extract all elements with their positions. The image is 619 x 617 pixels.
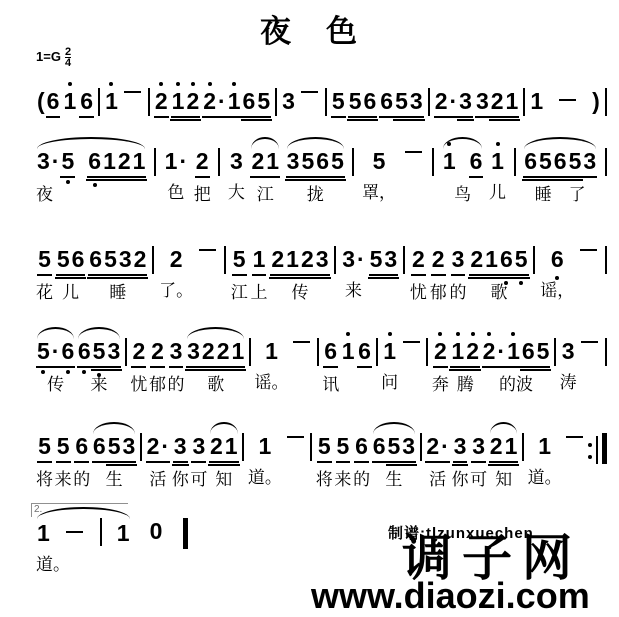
note: 3 bbox=[315, 246, 330, 276]
note-group bbox=[531, 246, 537, 274]
note: 6 bbox=[379, 88, 394, 118]
thick-barline bbox=[602, 433, 607, 464]
lyric: 罩， bbox=[362, 183, 396, 203]
measure-cell bbox=[577, 234, 600, 291]
note: 5 bbox=[232, 246, 247, 276]
lyric: 传 bbox=[47, 375, 64, 395]
note: 3 bbox=[281, 88, 296, 116]
repeat-sign bbox=[588, 433, 609, 464]
lyric: 来 bbox=[334, 470, 351, 490]
note: 2 bbox=[434, 88, 449, 118]
note-group: 2 bbox=[131, 338, 146, 368]
note: 5 bbox=[336, 433, 351, 463]
note: 6 bbox=[87, 148, 102, 178]
barline bbox=[125, 338, 127, 366]
measure-cell bbox=[121, 76, 144, 133]
note: 2 bbox=[431, 246, 446, 276]
measure-cell: 1道。 bbox=[528, 421, 562, 488]
measure-cell: 6的 bbox=[73, 421, 90, 490]
note: 5 bbox=[536, 338, 551, 368]
note: 2 bbox=[490, 88, 505, 118]
measure-cell: 1 bbox=[62, 76, 77, 143]
barline bbox=[140, 433, 142, 461]
note: 1 bbox=[257, 433, 272, 461]
measure-cell bbox=[350, 136, 356, 203]
note: 2 bbox=[133, 246, 148, 276]
measure-cell bbox=[284, 421, 307, 478]
note-group: 5 bbox=[336, 433, 351, 463]
measure-cell: 5·6传 bbox=[36, 326, 75, 395]
measure-cell bbox=[150, 234, 156, 301]
note-group: 5 bbox=[37, 246, 52, 276]
measure-cell: 653来 bbox=[77, 326, 121, 395]
measure-cell: 3你 bbox=[451, 421, 468, 490]
note-group: 653 bbox=[372, 433, 416, 463]
note: 2 bbox=[201, 338, 216, 368]
measure-cell: 21知 bbox=[489, 421, 519, 490]
measure-cell: 53 bbox=[369, 234, 399, 303]
lyric: 奔 bbox=[432, 375, 449, 395]
octave-dot-low bbox=[66, 180, 70, 184]
note: 6 bbox=[550, 246, 565, 274]
note: 5 bbox=[56, 433, 71, 463]
note: 2 bbox=[270, 246, 285, 276]
note-group: 3 bbox=[451, 246, 466, 276]
barline bbox=[605, 148, 607, 176]
lyric: 活 bbox=[429, 470, 446, 490]
note-group bbox=[123, 338, 129, 366]
note: 1 bbox=[504, 433, 519, 463]
note: 5 bbox=[394, 88, 409, 118]
measure-cell bbox=[240, 421, 246, 488]
note-group bbox=[323, 88, 329, 116]
barline bbox=[325, 88, 327, 116]
measure-cell bbox=[247, 326, 253, 393]
measure-cell: 3可 bbox=[190, 421, 207, 490]
lyric: 的 bbox=[73, 470, 90, 490]
music-line: (61612122·16535566532·33211) bbox=[36, 76, 609, 145]
note-group: 2 bbox=[433, 338, 448, 368]
note: 3 bbox=[451, 246, 466, 276]
barline bbox=[403, 246, 405, 274]
measure-cell: 2·165的波 bbox=[482, 326, 551, 395]
barline bbox=[242, 433, 244, 461]
note-group: 653 bbox=[92, 433, 136, 463]
measure-cell: 6的 bbox=[353, 421, 370, 490]
note: 6 bbox=[92, 433, 107, 463]
note: 5 bbox=[56, 246, 71, 276]
lyric: 问 bbox=[381, 373, 398, 393]
note: 6 bbox=[469, 148, 484, 178]
note-group: 2·165 bbox=[482, 338, 551, 368]
note: 1 bbox=[484, 246, 499, 276]
barline bbox=[154, 148, 156, 176]
lyric: 睡 了 bbox=[535, 185, 586, 205]
measure-cell: 3的 bbox=[450, 234, 467, 303]
measure-cell: 5来 bbox=[55, 421, 72, 490]
measure-cell bbox=[603, 234, 609, 301]
note: 1 bbox=[265, 148, 280, 178]
note: 3 bbox=[383, 246, 398, 276]
measure-cell: 12腾 bbox=[450, 326, 480, 395]
note: 6 bbox=[372, 433, 387, 463]
note-group: 6532 bbox=[88, 246, 147, 276]
note-group: 2 bbox=[195, 148, 210, 178]
note-group: 3 bbox=[229, 148, 244, 176]
note: 1 bbox=[490, 148, 505, 176]
lyric: 将 bbox=[316, 470, 333, 490]
note: 1 bbox=[537, 433, 552, 461]
note: 3 bbox=[582, 148, 597, 178]
octave-dot-high bbox=[471, 332, 475, 336]
lyric: 了。 bbox=[159, 281, 193, 301]
measure-cell: (6 bbox=[36, 76, 60, 145]
note: 2 bbox=[250, 148, 265, 178]
note: 1 bbox=[36, 520, 51, 548]
note-group: 1 bbox=[252, 246, 267, 276]
octave-dot-high bbox=[68, 82, 72, 86]
note: 5 bbox=[538, 148, 553, 178]
lyric: 活 bbox=[149, 470, 166, 490]
note: 6 bbox=[521, 338, 536, 368]
lyric: 道。 bbox=[36, 555, 70, 575]
lyric: 生 bbox=[106, 470, 123, 490]
measure-cell bbox=[603, 76, 609, 143]
measure-cell: 11道。 bbox=[36, 506, 131, 575]
lyric: 谣。 bbox=[254, 373, 288, 393]
octave-dot-low bbox=[66, 370, 70, 374]
note: 5 bbox=[514, 246, 529, 276]
note-group bbox=[181, 518, 190, 549]
octave-dot-high bbox=[388, 332, 392, 336]
note: 3 bbox=[453, 433, 468, 463]
note-group: 5 bbox=[372, 148, 387, 176]
duration-dash bbox=[293, 341, 310, 343]
lyric: 你 bbox=[172, 470, 189, 490]
lyric: 的 bbox=[450, 283, 467, 303]
lyric: 夜 bbox=[36, 185, 53, 205]
duration-dash bbox=[287, 436, 304, 438]
measure-cell bbox=[578, 326, 601, 383]
lyric: 儿 bbox=[62, 283, 79, 303]
note: ) bbox=[591, 88, 601, 116]
lyric: 来 bbox=[55, 470, 72, 490]
note-group: 2· bbox=[425, 433, 449, 463]
note-group: 65653 bbox=[523, 148, 597, 178]
measure-cell: 2·3 bbox=[434, 76, 473, 145]
measure-cell: 3·56121夜 bbox=[36, 136, 146, 205]
note-group bbox=[196, 246, 219, 264]
measure-cell bbox=[418, 421, 424, 488]
measure-cell bbox=[521, 76, 527, 143]
note: 1 bbox=[252, 246, 267, 276]
repeat-dots bbox=[588, 441, 594, 461]
note-group: 5 bbox=[317, 433, 332, 463]
note-group: 1 bbox=[62, 88, 77, 116]
note-group: 53 bbox=[369, 246, 399, 276]
note-group bbox=[512, 148, 518, 176]
note: 6 bbox=[363, 88, 378, 118]
measure-cell: 3 bbox=[281, 76, 296, 143]
note: 2 bbox=[489, 433, 504, 463]
barline bbox=[100, 518, 102, 546]
measure-cell: 2·165 bbox=[202, 76, 271, 145]
note: 2 bbox=[433, 338, 448, 368]
measure-cell: 1问 bbox=[381, 326, 398, 393]
note-group bbox=[521, 88, 527, 116]
note: 2 bbox=[195, 148, 210, 178]
octave-dot-low bbox=[82, 370, 86, 374]
note: 2 bbox=[150, 338, 165, 368]
measure-cell bbox=[563, 421, 586, 478]
lyric: 知 bbox=[495, 470, 512, 490]
note: 1 bbox=[102, 148, 117, 178]
octave-dot-high bbox=[447, 142, 451, 146]
note: 5 bbox=[372, 148, 387, 176]
note-group bbox=[424, 338, 430, 366]
note-group: 0 bbox=[149, 518, 164, 546]
lyric: 腾 bbox=[457, 375, 474, 395]
note-group: 1 bbox=[104, 88, 119, 116]
note-group: 3 bbox=[453, 433, 468, 463]
note-group bbox=[152, 148, 158, 176]
note: 2 bbox=[169, 246, 184, 274]
octave-dot-high bbox=[176, 82, 180, 86]
note-group bbox=[332, 246, 338, 274]
barline bbox=[249, 338, 251, 366]
note-group: 6 bbox=[357, 338, 372, 368]
note: 3 bbox=[475, 88, 490, 118]
lyric: 上 bbox=[251, 283, 268, 303]
barline bbox=[334, 246, 336, 274]
note: 2 bbox=[216, 338, 231, 368]
measure-cell: 6532睡 bbox=[88, 234, 147, 303]
note-group: 1 bbox=[341, 338, 356, 366]
note: · bbox=[51, 338, 61, 368]
measure-cell bbox=[298, 76, 321, 133]
measure-cell bbox=[96, 76, 102, 143]
note: 5 bbox=[103, 246, 118, 276]
measure-cell: 12 bbox=[171, 76, 201, 145]
octave-dot-high bbox=[159, 82, 163, 86]
note-group: 2 bbox=[150, 338, 165, 368]
barline bbox=[420, 433, 422, 461]
note: 1 bbox=[104, 88, 119, 116]
note-group bbox=[400, 338, 423, 356]
note: 5 bbox=[387, 433, 402, 463]
note: 5 bbox=[37, 246, 52, 276]
measure-cell: 2了。 bbox=[159, 234, 193, 301]
lyric: 拢 bbox=[307, 185, 324, 205]
note: 1 bbox=[132, 148, 147, 178]
note: 1 bbox=[264, 338, 279, 366]
measure-cell bbox=[196, 234, 219, 291]
note: 3 bbox=[458, 88, 473, 118]
barline bbox=[533, 246, 535, 274]
note-group bbox=[552, 338, 558, 366]
lyric: 色 bbox=[167, 183, 184, 203]
measure-cell bbox=[308, 421, 314, 488]
barline bbox=[352, 148, 354, 176]
measure-cell bbox=[512, 136, 518, 203]
measure-cell bbox=[273, 76, 279, 143]
note: 2 bbox=[154, 88, 169, 118]
measure-cell bbox=[146, 76, 152, 143]
note-group bbox=[603, 246, 609, 274]
note-group: 3 bbox=[191, 433, 206, 463]
note-group: 12 bbox=[171, 88, 201, 118]
note: 6 bbox=[88, 246, 103, 276]
measure-cell: 2郁 bbox=[430, 234, 447, 303]
note-group bbox=[298, 88, 321, 106]
duration-dash bbox=[199, 249, 216, 251]
note-group bbox=[430, 148, 436, 176]
note: 6 bbox=[46, 88, 61, 118]
duration-dash bbox=[301, 91, 318, 93]
note-group: 21 bbox=[489, 433, 519, 463]
measure-cell: 1谣。 bbox=[254, 326, 288, 393]
measure-cell: 1上 bbox=[251, 234, 268, 303]
measure-cell bbox=[588, 421, 609, 491]
song-title: 夜 色 bbox=[0, 6, 619, 51]
note: 6 bbox=[499, 246, 514, 276]
note-group bbox=[520, 433, 526, 461]
music-line: 5花56儿6532睡2了。5江1上2123传3·来532忧2郁3的2165歌6谣… bbox=[36, 234, 609, 303]
note-group: 5 bbox=[37, 433, 52, 463]
note: 6 bbox=[77, 338, 92, 368]
octave-dot-low bbox=[97, 373, 101, 377]
measure-cell: 1儿 bbox=[489, 136, 506, 203]
lyric: 生 bbox=[385, 470, 402, 490]
octave-dot-low bbox=[519, 281, 523, 285]
octave-dot-high bbox=[109, 82, 113, 86]
measure-cell: 2 bbox=[154, 76, 169, 145]
note-group: 3565 bbox=[286, 148, 345, 178]
note-group bbox=[222, 246, 228, 274]
duration-dash bbox=[403, 341, 420, 343]
barline bbox=[317, 338, 319, 366]
duration-dash bbox=[66, 531, 83, 533]
rest: 0 bbox=[149, 518, 164, 546]
note: 1 bbox=[442, 148, 457, 176]
lyric: 江 bbox=[257, 185, 274, 205]
barline bbox=[428, 88, 430, 116]
measure-cell bbox=[603, 326, 609, 393]
duration-dash bbox=[124, 91, 141, 93]
octave-dot-high bbox=[487, 332, 491, 336]
octave-dot-high bbox=[191, 82, 195, 86]
note-group bbox=[577, 246, 600, 264]
note: · bbox=[440, 433, 450, 463]
measure-cell: 3·来 bbox=[341, 234, 365, 301]
measure-cell bbox=[424, 326, 430, 393]
note: 1 bbox=[529, 88, 544, 116]
note-group: 2165 bbox=[469, 246, 528, 276]
note-group: 2 bbox=[411, 246, 426, 276]
note-group bbox=[401, 246, 407, 274]
octave-dot-high bbox=[208, 82, 212, 86]
note: 5 bbox=[369, 246, 384, 276]
final-barline bbox=[183, 518, 188, 549]
note-group bbox=[240, 433, 246, 461]
measure-cell bbox=[552, 326, 558, 393]
note: 6 bbox=[242, 88, 257, 118]
measure-cell bbox=[400, 326, 423, 383]
note-group: 3 bbox=[169, 338, 184, 368]
measure-cell bbox=[290, 326, 313, 383]
note: 1 bbox=[227, 88, 242, 118]
note: 2 bbox=[117, 148, 132, 178]
note-group bbox=[426, 88, 432, 116]
note-group bbox=[603, 148, 609, 176]
measure-cell: 2123传 bbox=[270, 234, 329, 303]
note-group bbox=[96, 88, 102, 116]
lyric: 谣， bbox=[540, 281, 574, 301]
measure-cell: 1 bbox=[341, 326, 356, 393]
note: 6 bbox=[60, 338, 75, 368]
measure-cell: 56 bbox=[348, 76, 378, 145]
lyric: 涛 bbox=[560, 373, 577, 393]
barline bbox=[605, 338, 607, 366]
octave-dot-high bbox=[496, 142, 500, 146]
measure-cell: 653生 bbox=[92, 421, 136, 490]
octave-dot-high bbox=[232, 82, 236, 86]
measure-cell bbox=[222, 234, 228, 301]
note-group bbox=[563, 433, 586, 451]
lyric: 道。 bbox=[528, 468, 562, 488]
lyric: 的 bbox=[353, 470, 370, 490]
note: 3 bbox=[401, 433, 416, 463]
octave-dot-low bbox=[555, 276, 559, 280]
lyric: 大 bbox=[228, 183, 245, 203]
note: · bbox=[160, 433, 170, 463]
note-group: 3221 bbox=[186, 338, 245, 368]
note-group bbox=[290, 338, 313, 356]
measure-cell: 5将 bbox=[36, 421, 53, 490]
lyric: 儿 bbox=[489, 183, 506, 203]
note: 2 bbox=[131, 338, 146, 368]
measure-cell bbox=[402, 136, 425, 193]
measure-cell bbox=[603, 136, 609, 203]
note-group: 56 bbox=[348, 88, 378, 118]
note-group: 6 bbox=[550, 246, 565, 274]
measure-cell bbox=[531, 234, 537, 301]
note: 6 bbox=[354, 433, 369, 463]
note: · bbox=[496, 338, 506, 368]
note: 3 bbox=[173, 433, 188, 463]
note-group bbox=[418, 433, 424, 461]
note: 2 bbox=[482, 338, 497, 368]
note: · bbox=[356, 246, 366, 274]
measure-cell: 2忧 bbox=[410, 234, 427, 303]
note-group: 11 bbox=[36, 518, 131, 548]
lyric: 可 bbox=[190, 470, 207, 490]
note: 2 bbox=[465, 338, 480, 368]
measure-cell: 3的 bbox=[168, 326, 185, 395]
duration-dash bbox=[566, 436, 583, 438]
note-group bbox=[273, 88, 279, 116]
note: · bbox=[217, 88, 227, 118]
note: 5 bbox=[36, 338, 51, 368]
measure-cell: 0 bbox=[149, 506, 164, 573]
lyric: 花 bbox=[36, 283, 53, 303]
note: 6 bbox=[323, 338, 338, 368]
measure-cell bbox=[152, 136, 158, 203]
measure-cell: 2把 bbox=[194, 136, 211, 205]
time-signature: 24 bbox=[65, 47, 71, 68]
measure-cell bbox=[332, 234, 338, 301]
note: 5 bbox=[256, 88, 271, 118]
